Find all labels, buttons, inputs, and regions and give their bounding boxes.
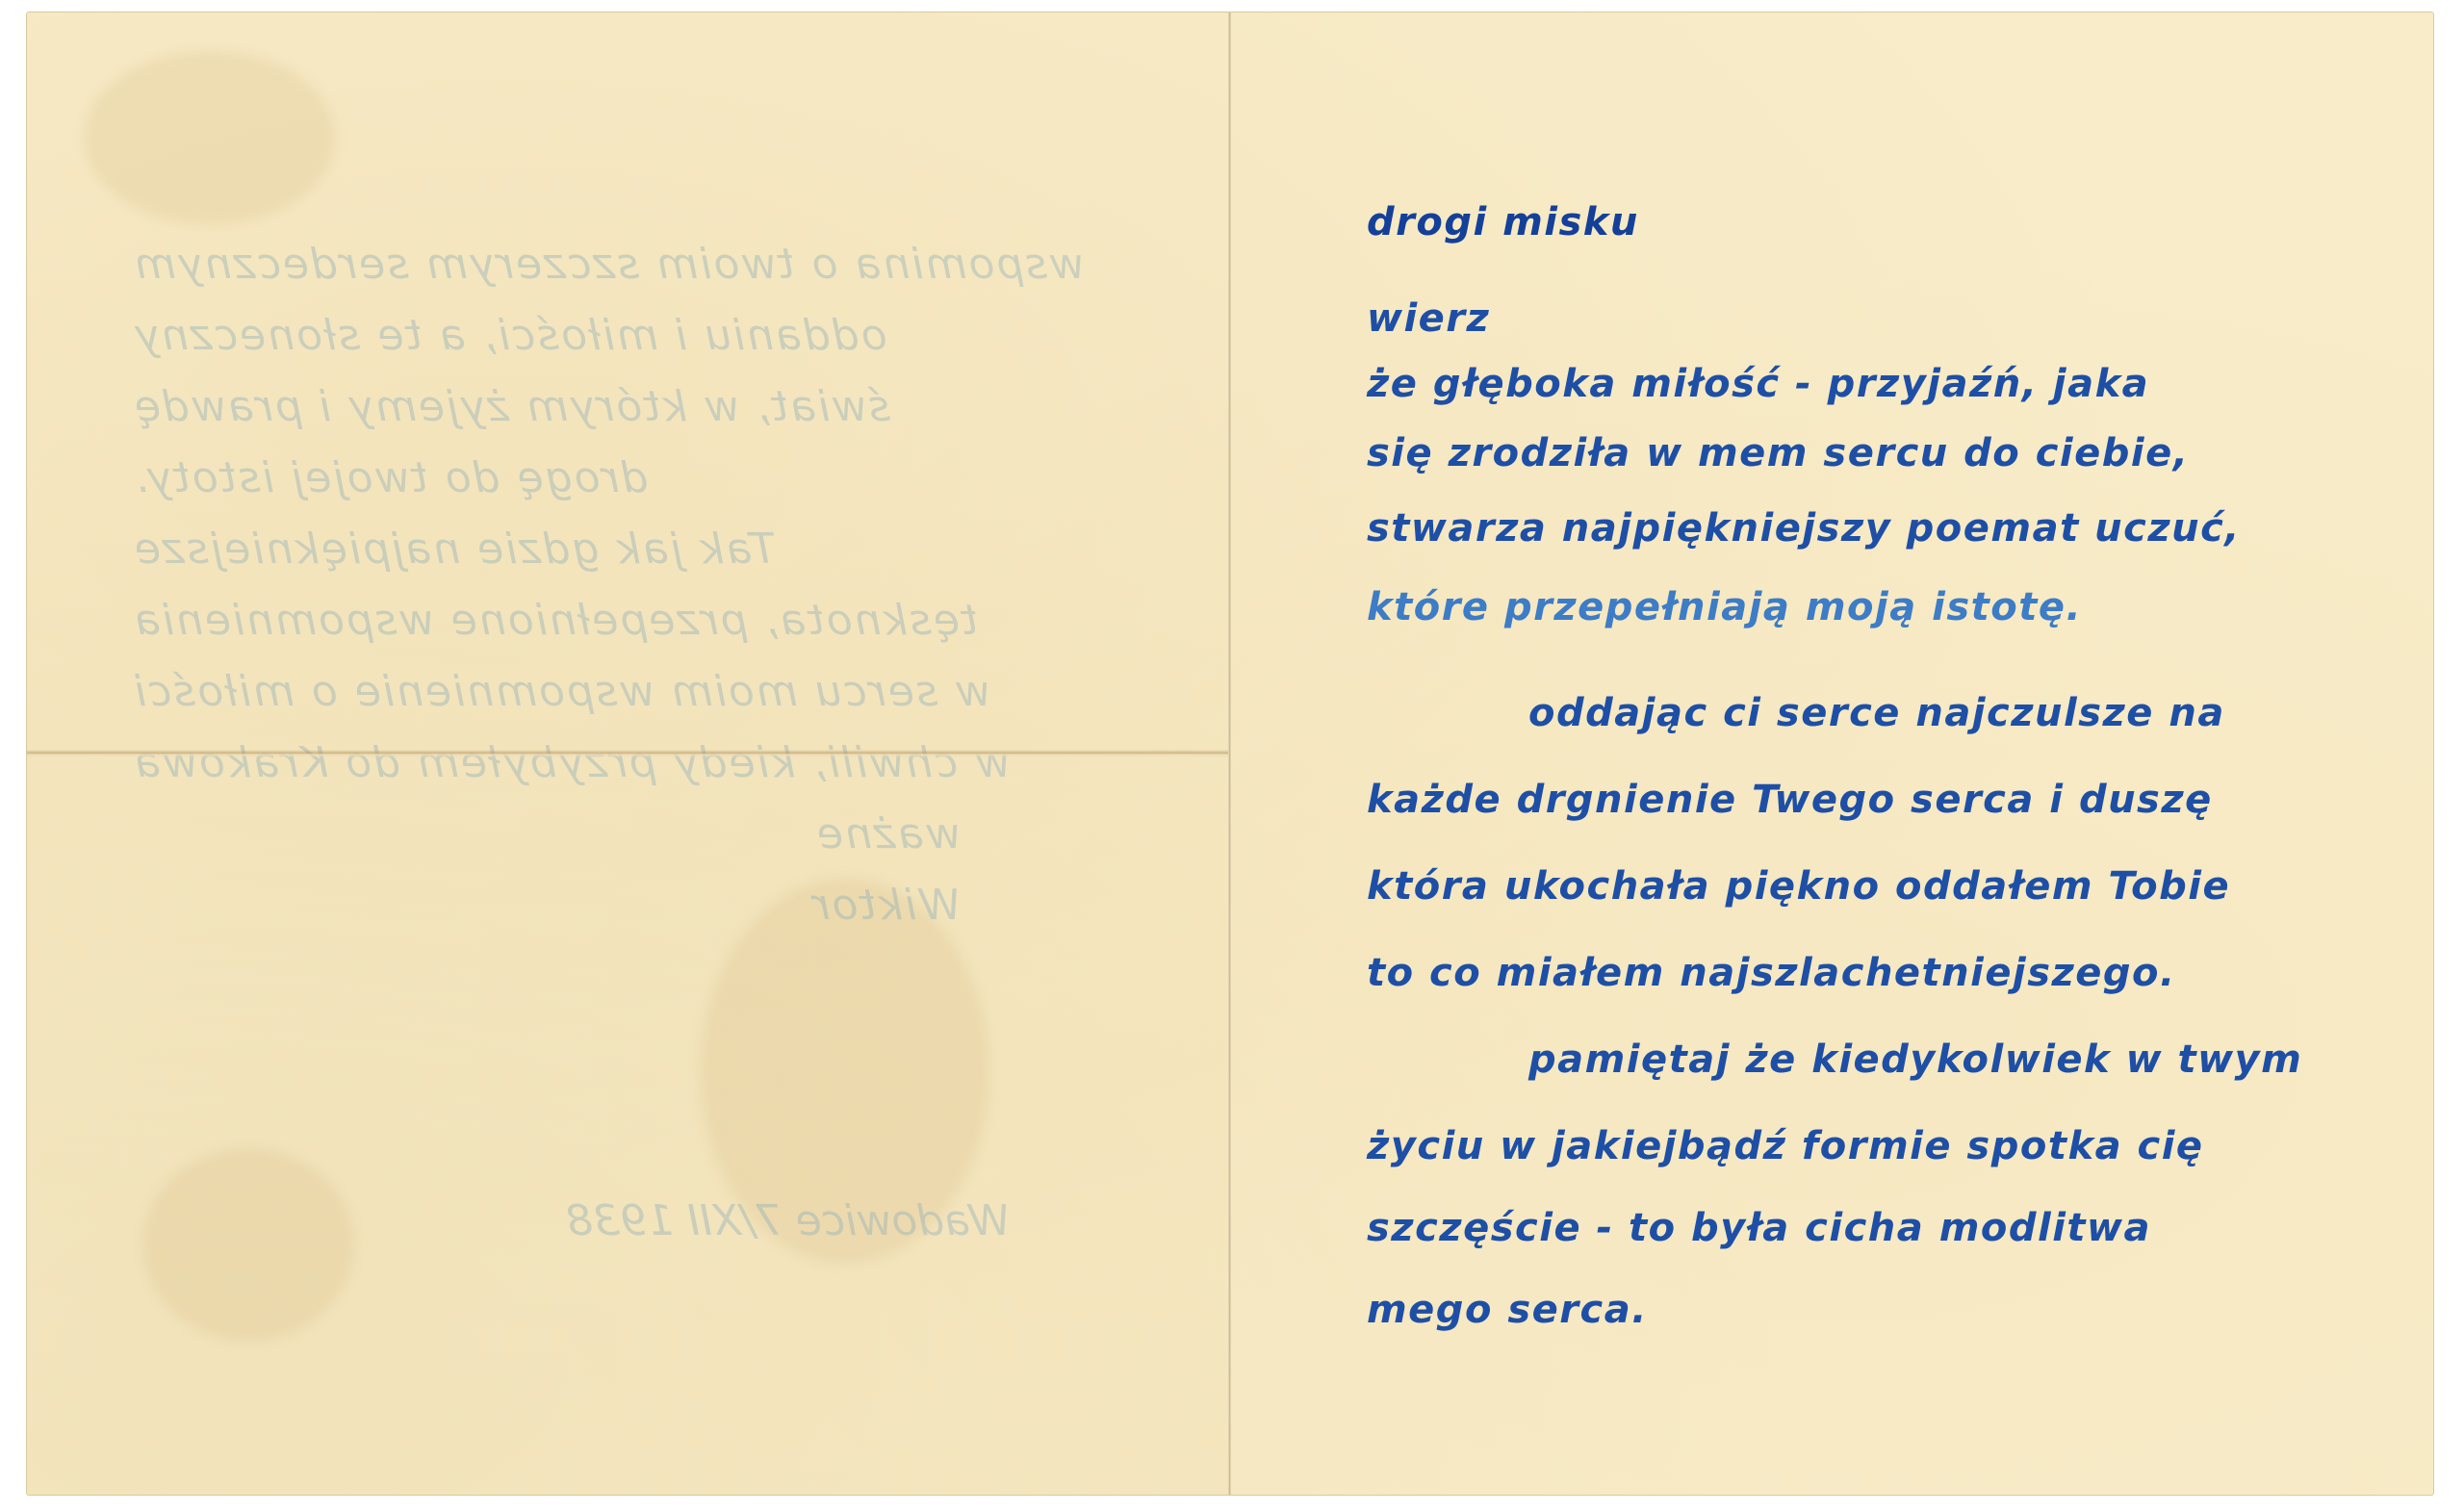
bleed-line: w sercu moim wspomnienie o miłości bbox=[133, 656, 1095, 728]
letter-line: wierz bbox=[1367, 296, 1490, 341]
paper-stain bbox=[85, 51, 335, 224]
bleed-line: oddaniu i miłości, a te słoneczny bbox=[133, 300, 1095, 372]
bleed-line: Tak jak gdzie najpiękniejsze bbox=[133, 514, 1095, 585]
right-page: drogi misku wierz że głęboka miłość - pr… bbox=[1232, 13, 2433, 1495]
letter-line: każde drgnienie Twego serca i duszę bbox=[1367, 778, 2213, 822]
paper-stain bbox=[142, 1148, 354, 1341]
salutation: drogi misku bbox=[1367, 200, 1639, 244]
bleed-line: w chwili, kiedy przybyłem do Krakowa bbox=[133, 728, 1095, 799]
letter-line: się zrodziła w mem sercu do ciebie, bbox=[1367, 431, 2189, 475]
letter-line: mego serca. bbox=[1367, 1288, 1648, 1332]
letter-line: która ukochała piękno oddałem Tobie bbox=[1367, 864, 2230, 909]
bleed-signature: Wiktor bbox=[133, 870, 1095, 941]
bleed-line: ważne bbox=[133, 799, 1095, 870]
letter-line: pamiętaj że kiedykolwiek w twym bbox=[1528, 1038, 2302, 1082]
letter-line: to co miałem najszlachetniejszego. bbox=[1367, 951, 2176, 995]
letter-sheet: wspomina o twoim szczerym serdecznym odd… bbox=[27, 13, 2433, 1495]
bleed-line: tęsknota, przepełnione wspomnienia bbox=[133, 585, 1095, 656]
letter-line: szczęście - to była cicha modlitwa bbox=[1367, 1206, 2151, 1250]
left-page: wspomina o twoim szczerym serdecznym odd… bbox=[27, 13, 1230, 1495]
bleed-through-text: wspomina o twoim szczerym serdecznym odd… bbox=[133, 229, 1095, 941]
letter-line: oddając ci serce najczulsze na bbox=[1528, 691, 2225, 735]
horizontal-fold-crease bbox=[27, 750, 1228, 757]
letter-line: które przepełniają moją istotę. bbox=[1367, 585, 2082, 629]
bleed-line: wspomina o twoim szczerym serdecznym bbox=[133, 229, 1095, 300]
letter-line: że głęboka miłość - przyjaźń, jaka bbox=[1367, 362, 2149, 406]
bleed-date: Wadowice 7/XII 1938 bbox=[566, 1196, 1010, 1245]
bleed-line: drogę do twojej istoty. bbox=[133, 443, 1095, 514]
bleed-line: świat, w którym żyjemy i prawdę bbox=[133, 372, 1095, 443]
letter-line: życiu w jakiejbądź formie spotka cię bbox=[1367, 1124, 2204, 1168]
letter-line: stwarza najpiękniejszy poemat uczuć, bbox=[1367, 506, 2241, 551]
